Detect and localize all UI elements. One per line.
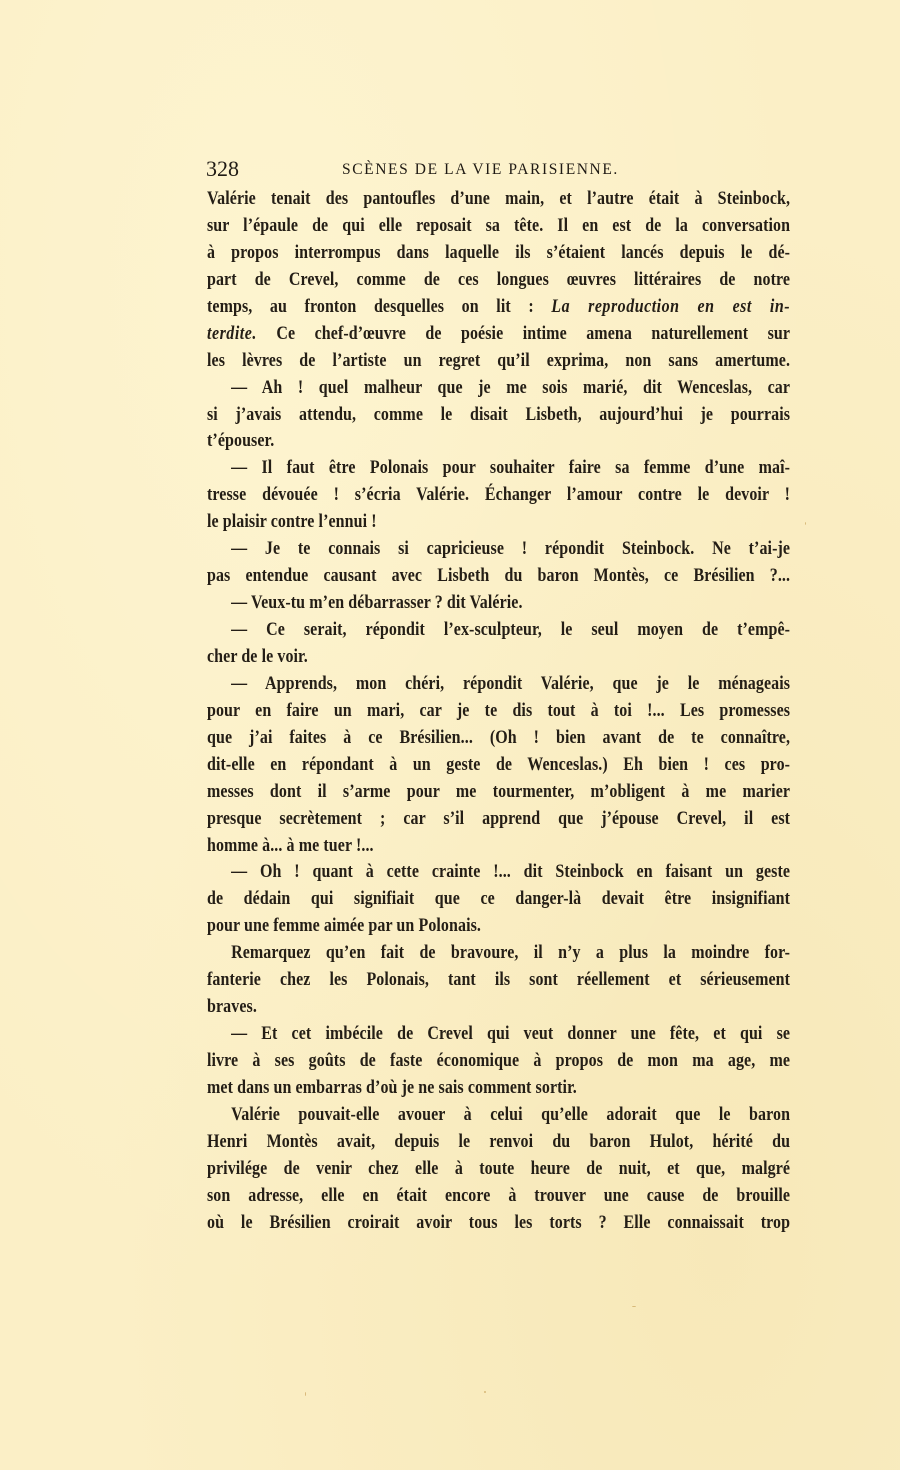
dialogue-line: — Il faut être Polonais pour souhaiter f… <box>207 455 790 482</box>
text-line: sur l’épaule de qui elle reposait sa têt… <box>207 213 790 240</box>
text-line: messes dont il s’arme pour me tourmenter… <box>207 779 790 806</box>
paragraph-line: Valérie pouvait-elle avouer à celui qu’e… <box>207 1102 790 1129</box>
dialogue-line: — Ce serait, répondit l’ex-sculpteur, le… <box>207 617 790 644</box>
text-line: privilége de venir chez elle à toute heu… <box>207 1156 790 1183</box>
paper-speck <box>305 1392 306 1396</box>
book-page: 328 SCÈNES DE LA VIE PARISIENNE. Valérie… <box>0 0 900 1470</box>
dialogue-line: — Et cet imbécile de Crevel qui veut don… <box>207 1021 790 1048</box>
text-line: Henri Montès avait, depuis le renvoi du … <box>207 1129 790 1156</box>
dialogue-line: — Je te connais si capricieuse ! répondi… <box>207 536 790 563</box>
text-line: pour une femme aimée par un Polonais. <box>207 913 790 940</box>
text-line: dit-elle en répondant à un geste de Wenc… <box>207 752 790 779</box>
dialogue-line: — Ah ! quel malheur que je me sois marié… <box>207 375 790 402</box>
text-line: Valérie tenait des pantoufles d’une main… <box>207 186 790 213</box>
dialogue-line: — Oh ! quant à cette crainte !... dit St… <box>207 859 790 886</box>
text-line: cher de le voir. <box>207 644 790 671</box>
text-line: le plaisir contre l’ennui ! <box>207 509 790 536</box>
text-line: homme à... à me tuer !... <box>207 833 790 860</box>
text-line: si j’avais attendu, comme le disait Lisb… <box>207 402 790 429</box>
running-title: SCÈNES DE LA VIE PARISIENNE. <box>342 159 619 181</box>
text-line: de dédain qui signifiait que ce danger-l… <box>207 886 790 913</box>
paper-speck <box>632 1306 636 1307</box>
text-line: pas entendue causant avec Lisbeth du bar… <box>207 563 790 590</box>
text-line: tresse dévouée ! s’écria Valérie. Échang… <box>207 482 790 509</box>
text-line: presque secrètement ; car s’il apprend q… <box>207 806 790 833</box>
text-line: où le Brésilien croirait avoir tous les … <box>207 1210 790 1237</box>
text-line: que j’ai faites à ce Brésilien... (Oh ! … <box>207 725 790 752</box>
text-line: les lèvres de l’artiste un regret qu’il … <box>207 348 790 375</box>
paragraph-line: Remarquez qu’en fait de bravoure, il n’y… <box>207 940 790 967</box>
running-head: 328 SCÈNES DE LA VIE PARISIENNE. <box>206 156 790 182</box>
italic-title-text: terdite. <box>207 323 257 344</box>
text-line: à propos interrompus dans laquelle ils s… <box>207 240 790 267</box>
text-run: Ce chef-d’œuvre de poésie intime amena n… <box>257 323 790 344</box>
page-number: 328 <box>206 156 239 182</box>
dialogue-line: — Veux-tu m’en débarrasser ? dit Valérie… <box>207 590 790 617</box>
text-line: braves. <box>207 994 790 1021</box>
text-run: temps, au fronton desquelles on lit : <box>207 296 551 317</box>
text-line: terdite. Ce chef-d’œuvre de poésie intim… <box>207 321 790 348</box>
text-line: t’épouser. <box>207 428 790 455</box>
italic-title-text: La reproduction en est in- <box>551 296 790 317</box>
text-line: fanterie chez les Polonais, tant ils son… <box>207 967 790 994</box>
paper-speck <box>484 1391 486 1393</box>
text-line: pour en faire un mari, car je te dis tou… <box>207 698 790 725</box>
text-line: son adresse, elle en était encore à trou… <box>207 1183 790 1210</box>
body-text: Valérie tenait des pantoufles d’une main… <box>207 186 790 1237</box>
text-line: temps, au fronton desquelles on lit : La… <box>207 294 790 321</box>
paper-speck <box>805 522 806 525</box>
text-line: part de Crevel, comme de ces longues œuv… <box>207 267 790 294</box>
text-line: met dans un embarras d’où je ne sais com… <box>207 1075 790 1102</box>
text-line: livre à ses goûts de faste économique à … <box>207 1048 790 1075</box>
dialogue-line: — Apprends, mon chéri, répondit Valérie,… <box>207 671 790 698</box>
